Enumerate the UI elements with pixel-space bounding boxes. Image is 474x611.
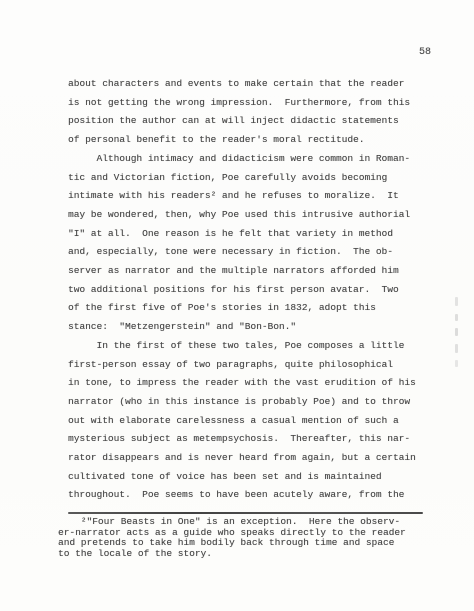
text-line: may be wondered, then, why Poe used this…: [68, 206, 440, 225]
paragraph: about characters and events to make cert…: [68, 75, 440, 150]
text-line: "I" at all. One reason is he felt that v…: [68, 225, 440, 244]
text-line: first-person essay of two paragraphs, qu…: [68, 356, 440, 375]
text-line: mysterious subject as metempsychosis. Th…: [68, 430, 440, 449]
text-line: cultivated tone of voice has been set an…: [68, 468, 440, 487]
page-number: 58: [419, 47, 431, 59]
footnote-text: ²"Four Beasts in One" is an exception. H…: [58, 517, 418, 559]
scan-artifact-mark: [455, 328, 458, 336]
paragraph: Although intimacy and didacticism were c…: [68, 150, 440, 337]
scan-artifact-marks: [455, 297, 458, 367]
text-line: position the author can at will inject d…: [68, 112, 440, 131]
manuscript-page: 58 about characters and events to make c…: [0, 0, 474, 611]
text-line: of personal benefit to the reader's mora…: [68, 131, 440, 150]
scan-artifact-mark: [455, 360, 458, 367]
scan-artifact-mark: [455, 344, 458, 353]
text-line: two additional positions for his first p…: [68, 281, 440, 300]
text-line: tic and Victorian fiction, Poe carefully…: [68, 169, 440, 188]
text-line: in tone, to impress the reader with the …: [68, 374, 440, 393]
text-line: out with elaborate carelessness a casual…: [68, 412, 440, 431]
footnote-separator-rule: [68, 512, 423, 514]
text-line: stance: "Metzengerstein" and "Bon-Bon.": [68, 318, 440, 337]
text-line: and, especially, tone were necessary in …: [68, 243, 440, 262]
scan-artifact-mark: [455, 297, 458, 306]
body-text: about characters and events to make cert…: [68, 75, 440, 505]
text-line: narrator (who in this instance is probab…: [68, 393, 440, 412]
text-line: server as narrator and the multiple narr…: [68, 262, 440, 281]
scan-artifact-mark: [455, 314, 458, 321]
text-line: rator disappears and is never heard from…: [68, 449, 440, 468]
paragraph: In the first of these two tales, Poe com…: [68, 337, 440, 505]
text-line: ²"Four Beasts in One" is an exception. H…: [58, 517, 418, 528]
text-line: intimate with his readers² and he refuse…: [68, 187, 440, 206]
text-line: of the first five of Poe's stories in 18…: [68, 299, 440, 318]
text-line: to the locale of the story.: [58, 549, 418, 560]
text-line: is not getting the wrong impression. Fur…: [68, 94, 440, 113]
text-line: about characters and events to make cert…: [68, 75, 440, 94]
text-line: throughout. Poe seems to have been acute…: [68, 486, 440, 505]
text-line: In the first of these two tales, Poe com…: [68, 337, 440, 356]
text-line: Although intimacy and didacticism were c…: [68, 150, 440, 169]
